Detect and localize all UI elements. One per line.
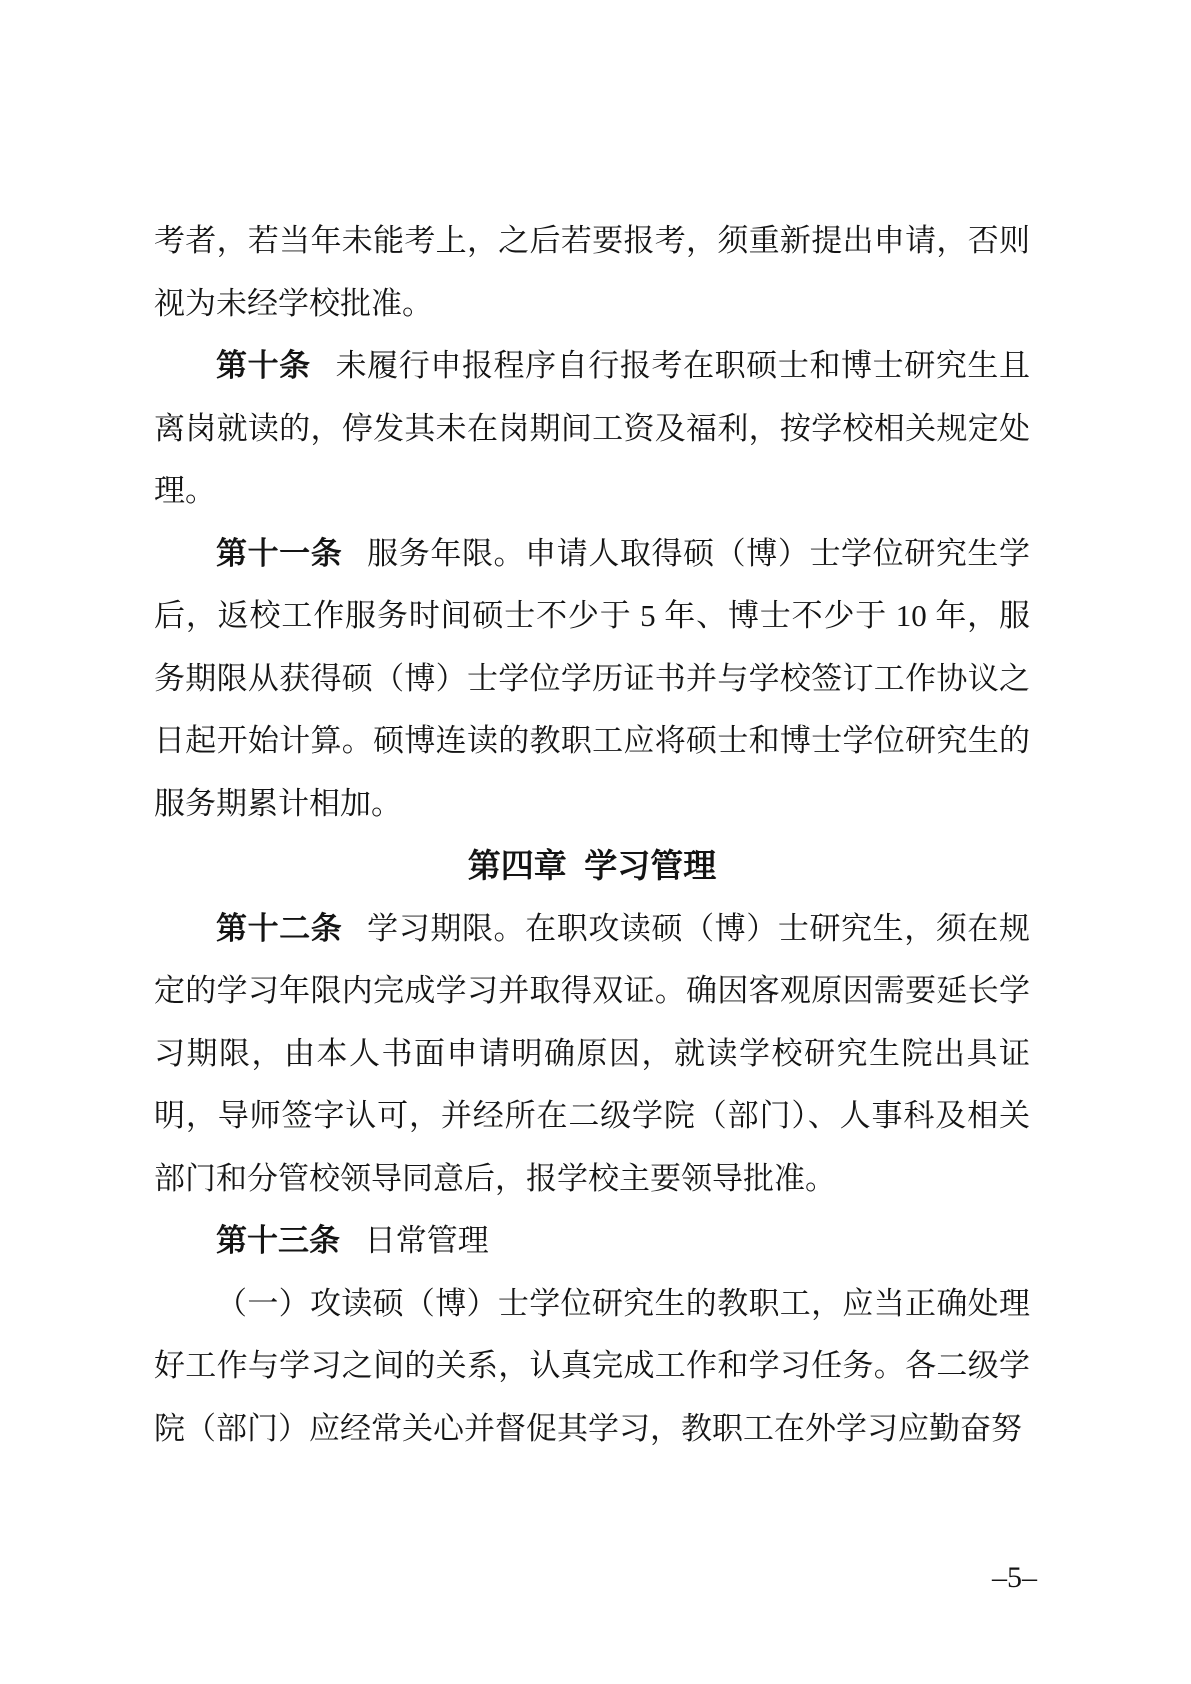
- article-11-text: 服务年限。申请人取得硕（博）士学位研究生学后，返校工作服务时间硕士不少于 5 年…: [154, 536, 1030, 821]
- paragraph-continued-from-previous-page: 考者，若当年未能考上，之后若要报考，须重新提出申请，否则视为未经学校批准。: [154, 210, 1030, 335]
- article-11-paragraph: 第十一条服务年限。申请人取得硕（博）士学位研究生学后，返校工作服务时间硕士不少于…: [154, 523, 1030, 836]
- article-13-label: 第十三条: [216, 1223, 340, 1258]
- item-1-paragraph: （一）攻读硕（博）士学位研究生的教职工，应当正确处理好工作与学习之间的关系，认真…: [154, 1273, 1030, 1461]
- document-body: 考者，若当年未能考上，之后若要报考，须重新提出申请，否则视为未经学校批准。 第十…: [154, 210, 1030, 1460]
- document-page: 考者，若当年未能考上，之后若要报考，须重新提出申请，否则视为未经学校批准。 第十…: [0, 0, 1191, 1684]
- article-12-label: 第十二条: [216, 911, 342, 946]
- article-10-paragraph: 第十条未履行申报程序自行报考在职硕士和博士研究生且离岗就读的，停发其未在岗期间工…: [154, 335, 1030, 523]
- chapter-4-heading: 第四章 学习管理: [154, 835, 1030, 898]
- article-12-paragraph: 第十二条学习期限。在职攻读硕（博）士研究生，须在规定的学习年限内完成学习并取得双…: [154, 898, 1030, 1211]
- article-12-text: 学习期限。在职攻读硕（博）士研究生，须在规定的学习年限内完成学习并取得双证。确因…: [154, 911, 1030, 1196]
- article-10-label: 第十条: [216, 348, 311, 383]
- article-13-paragraph: 第十三条日常管理: [154, 1210, 1030, 1273]
- page-number: –5–: [992, 1560, 1037, 1596]
- article-13-text: 日常管理: [365, 1223, 489, 1258]
- article-11-label: 第十一条: [216, 536, 342, 571]
